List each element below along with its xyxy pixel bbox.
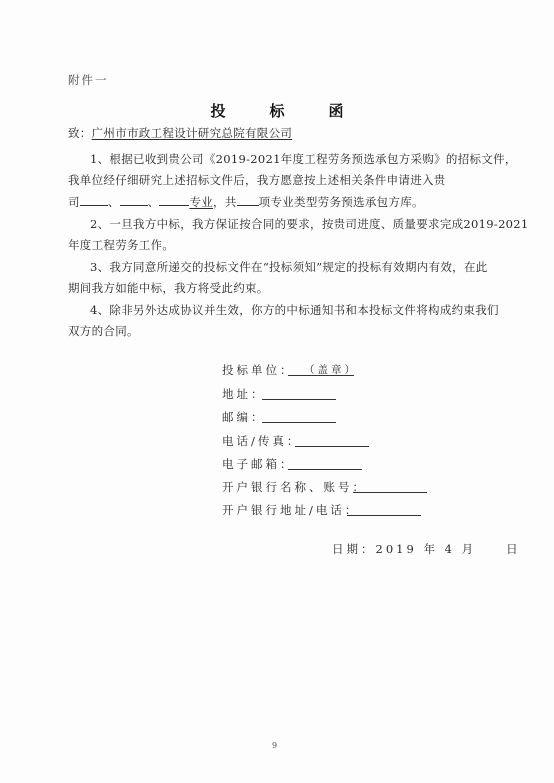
paragraph-1-line-3: 司、、专业，共项专业类型劳务预选承包方库。 bbox=[68, 194, 424, 209]
paragraph-3-line-2: 期间我方如能中标，我方将受此约束。 bbox=[68, 281, 269, 295]
paragraph-4-line-2: 双方的合同。 bbox=[68, 324, 139, 338]
addressee-name: 广州市市政工程设计研究总院有限公司 bbox=[92, 126, 293, 140]
specialty-blank-3[interactable] bbox=[159, 194, 189, 206]
email-line[interactable] bbox=[288, 469, 362, 470]
addressee: 致：广州市市政工程设计研究总院有限公司 bbox=[68, 126, 292, 140]
bank-name-account-label: 开户银行名称、账号： bbox=[222, 479, 367, 495]
count-blank[interactable] bbox=[237, 194, 259, 206]
page-number: 9 bbox=[272, 741, 277, 750]
postcode-line[interactable] bbox=[262, 422, 336, 423]
addressee-prefix: 致： bbox=[68, 126, 92, 140]
bank-address-phone-line[interactable] bbox=[347, 515, 421, 516]
bidder-label: 投标单位： bbox=[222, 362, 295, 378]
paragraph-4-line-1: 4、除非另外达成协议并生效，你方的中标通知书和本投标文件将构成约束我们 bbox=[90, 303, 499, 317]
address-label: 地址： bbox=[222, 386, 266, 402]
specialty-blank-1[interactable] bbox=[80, 194, 108, 206]
date-label: 日期： bbox=[332, 542, 376, 556]
paragraph-1-line-2: 我单位经仔细研究上述招标文件后，我方愿意按上述相关条件申请进入贵 bbox=[68, 173, 446, 187]
attachment-label: 附件一 bbox=[68, 72, 109, 88]
paragraph-1-line-1: 1、根据已收到贵公司《2019-2021年度工程劳务预选承包方采购》的招标文件， bbox=[90, 152, 517, 166]
postcode-label: 邮编： bbox=[222, 409, 266, 425]
date-line: 日期：2019 年 4 月日 bbox=[332, 541, 521, 557]
document-page: 附件一 投标函 致：广州市市政工程设计研究总院有限公司 1、根据已收到贵公司《2… bbox=[0, 0, 554, 783]
paragraph-3-line-1: 3、我方同意所递交的投标文件在“投标须知”规定的投标有效期内有效，在此 bbox=[90, 260, 488, 274]
paragraph-2-line-1: 2、一旦我方中标，我方保证按合同的要求，按贵司进度、质量要求完成2019-202… bbox=[90, 217, 529, 231]
title-char: 函 bbox=[329, 100, 344, 121]
phone-fax-line[interactable] bbox=[295, 446, 369, 447]
phone-fax-label: 电话/传真： bbox=[222, 433, 301, 449]
email-label: 电子邮箱： bbox=[222, 456, 295, 472]
bank-address-phone-label: 开户银行地址/电话： bbox=[222, 502, 359, 518]
bank-name-account-line[interactable] bbox=[353, 492, 427, 493]
title-char: 标 bbox=[269, 100, 284, 121]
bidder-line[interactable] bbox=[288, 375, 354, 376]
specialty-blank-2[interactable] bbox=[120, 194, 148, 206]
title-char: 投 bbox=[210, 100, 225, 121]
date-month: 4 bbox=[445, 542, 455, 556]
paragraph-2-line-2: 年度工程劳务工作。 bbox=[68, 238, 174, 252]
address-line[interactable] bbox=[262, 399, 336, 400]
document-title: 投标函 bbox=[0, 100, 554, 121]
date-year: 2019 bbox=[376, 542, 417, 556]
